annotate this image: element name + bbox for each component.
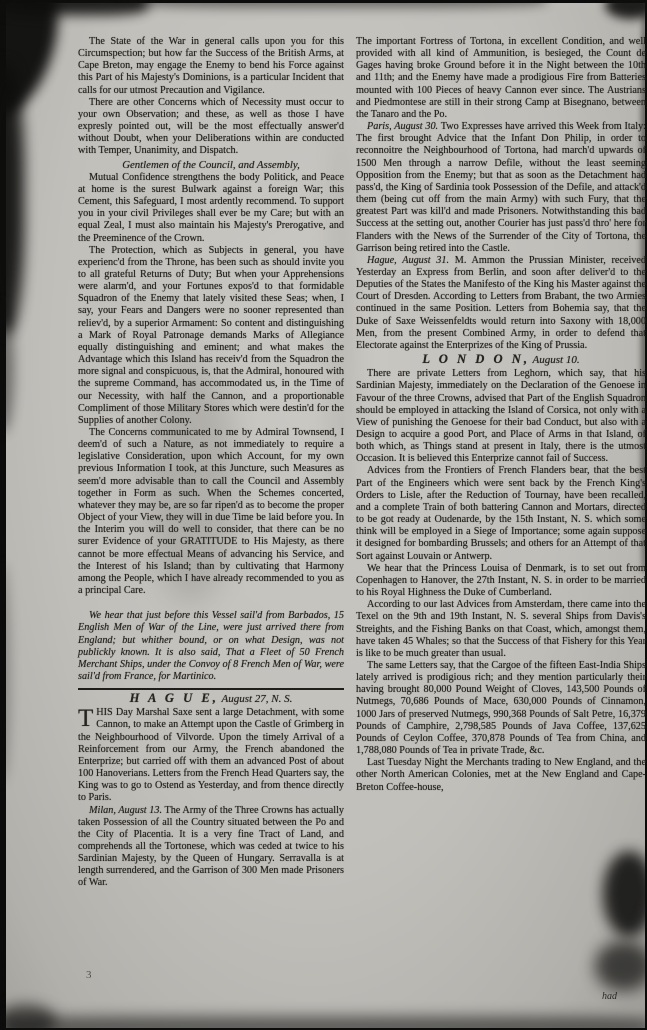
paragraph-princess-louisa: We hear that the Princess Louisa of Denm…	[356, 563, 646, 599]
paragraph-milan: Milan, August 13. The Army of the Three …	[78, 805, 344, 890]
dateline-hague-31: Hague, August 31.	[367, 255, 449, 266]
hague-heading-city: H A G U E,	[130, 691, 219, 705]
section-rule	[78, 688, 344, 690]
dateline-paris: Paris, August 30.	[367, 121, 438, 132]
paragraph-advices-flanders: Advices from the Frontiers of French Fla…	[356, 465, 646, 562]
page-text: The State of the War in general calls up…	[78, 36, 646, 890]
page-number-mark: 3	[86, 969, 92, 981]
scan-stain	[0, 563, 10, 783]
scan-stain	[595, 941, 647, 991]
paragraph-leghorn: There are private Letters from Leghorn, …	[356, 368, 646, 465]
catchword: had	[602, 991, 617, 1002]
paragraph-paris-text: Two Expresses have arrived this Week fro…	[356, 121, 646, 254]
paragraph-hague-dispatch: THIS Day Marshal Saxe sent a large Detac…	[78, 707, 344, 804]
paragraph-amsterdam: According to our last Advices from Amste…	[356, 599, 646, 660]
paragraph-tortona: The important Fortress of Tortona, in ex…	[356, 36, 646, 121]
paragraph-east-india-cargo: The same Letters say, that the Cargoe of…	[356, 660, 646, 757]
london-heading-date: August 10.	[530, 354, 580, 366]
paragraph-merchants: Last Tuesday Night the Merchants trading…	[356, 757, 646, 793]
paragraph-hague-31: Hague, August 31. M. Ammon the Prussian …	[356, 255, 646, 352]
paragraph-we-hear-vessel: We hear that just before this Vessel sai…	[78, 610, 344, 683]
scan-stain	[0, 0, 148, 15]
drop-cap: T	[78, 707, 96, 729]
scanned-newspaper-page: The State of the War in general calls up…	[0, 0, 647, 1030]
london-heading: L O N D O N, August 10.	[356, 353, 646, 367]
heading-gentlemen: Gentlemen of the Council, and Assembly,	[78, 159, 344, 171]
left-column: The State of the War in general calls up…	[78, 36, 344, 890]
paragraph-state-of-war: The State of the War in general calls up…	[78, 36, 344, 97]
paper-sheet: The State of the War in general calls up…	[6, 3, 645, 1028]
paragraph-admiral-townsend: The Concerns communicated to me by Admir…	[78, 427, 344, 597]
paragraph-hague-dispatch-text: HIS Day Marshal Saxe sent a large Detach…	[78, 707, 344, 803]
scan-stain	[126, 0, 546, 7]
london-heading-city: L O N D O N,	[422, 352, 530, 366]
right-column: The important Fortress of Tortona, in ex…	[356, 36, 646, 890]
paragraph-other-concerns: There are other Concerns which of Necess…	[78, 97, 344, 158]
paragraph-hague-31-text: M. Ammon the Prussian Minister, received…	[356, 255, 646, 351]
scan-stain	[0, 1016, 647, 1030]
paragraph-mutual-confidence: Mutual Confidence strengthens the body P…	[78, 172, 344, 245]
paragraph-milan-text: The Army of the Three Crowns has actuall…	[78, 805, 344, 889]
scan-stain	[605, 0, 647, 19]
hague-heading: H A G U E, August 27, N. S.	[78, 692, 344, 706]
paragraph-protection: The Protection, which as Subjects in gen…	[78, 245, 344, 427]
paragraph-paris: Paris, August 30. Two Expresses have arr…	[356, 121, 646, 255]
dateline-milan: Milan, August 13.	[89, 805, 162, 816]
scan-stain	[0, 1004, 56, 1030]
hague-heading-date: August 27, N. S.	[219, 693, 292, 705]
